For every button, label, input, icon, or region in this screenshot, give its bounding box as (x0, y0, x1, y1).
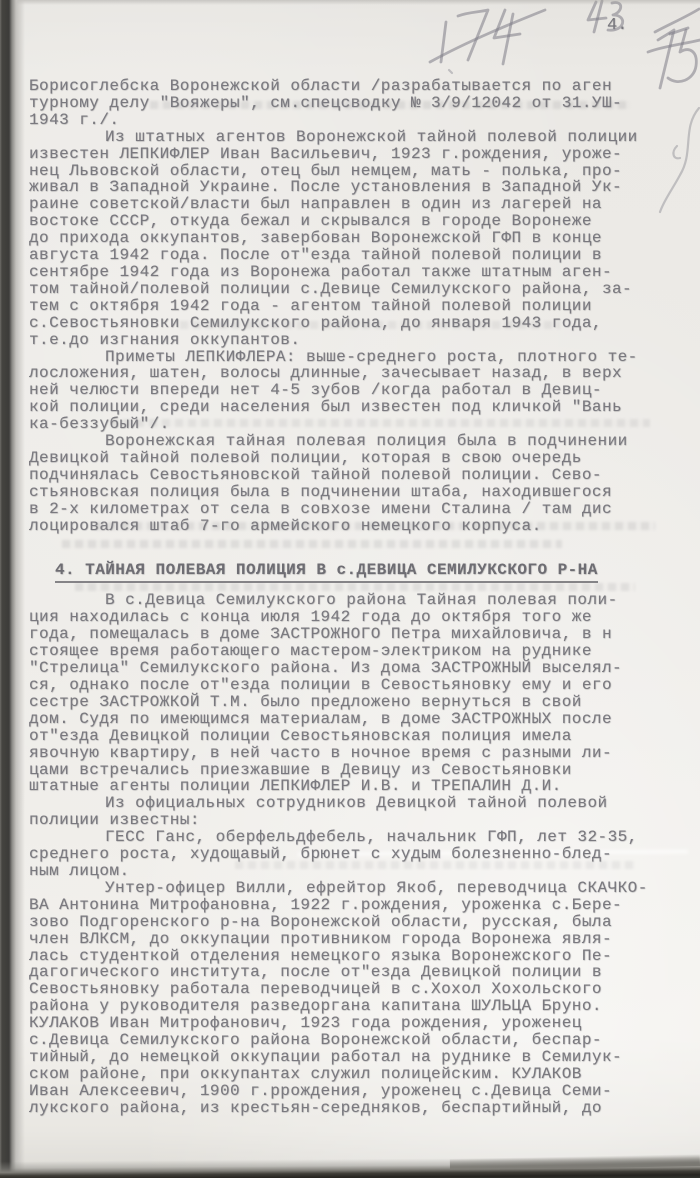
pencil-mark-corner-dash (655, 9, 699, 32)
pencil-mark-crossed-number (430, 10, 545, 73)
document-body: Борисоглебска Воронежской области /разра… (29, 78, 677, 1117)
scanned-document-page: 4. Борисоглебска Воронежской области /ра… (0, 0, 700, 1178)
typed-page-number: 4. (607, 16, 627, 35)
paragraph: Приметы ЛЕПКИФЛЕРА: выше-среднего роста,… (29, 349, 677, 434)
paragraph: Борисоглебска Воронежской области /разра… (29, 78, 677, 129)
paragraph: Из официальных сотрудников Девицкой тайн… (29, 795, 677, 829)
paragraph: Унтер-офицер Вилли, ефрейтор Якоб, перев… (29, 880, 677, 1117)
scan-top-edge (0, 0, 700, 5)
scan-bottom-edge (0, 1157, 700, 1178)
paragraph: В с.Девица Семилукского района Тайная по… (29, 592, 677, 795)
paragraph: Из штатных агентов Воронежской тайной по… (29, 129, 677, 349)
section-heading-text: 4. ТАЙНАЯ ПОЛЕВАЯ ПОЛИЦИЯ В с.ДЕВИЦА СЕМ… (55, 561, 598, 583)
section-heading: 4. ТАЙНАЯ ПОЛЕВАЯ ПОЛИЦИЯ В с.ДЕВИЦА СЕМ… (55, 560, 677, 580)
paragraph: Воронежская тайная полевая полиция была … (29, 433, 677, 534)
scan-left-edge (0, 0, 26, 1178)
paragraph: ГЕСС Ганс, оберфельдфебель, начальник ГФ… (29, 829, 677, 880)
